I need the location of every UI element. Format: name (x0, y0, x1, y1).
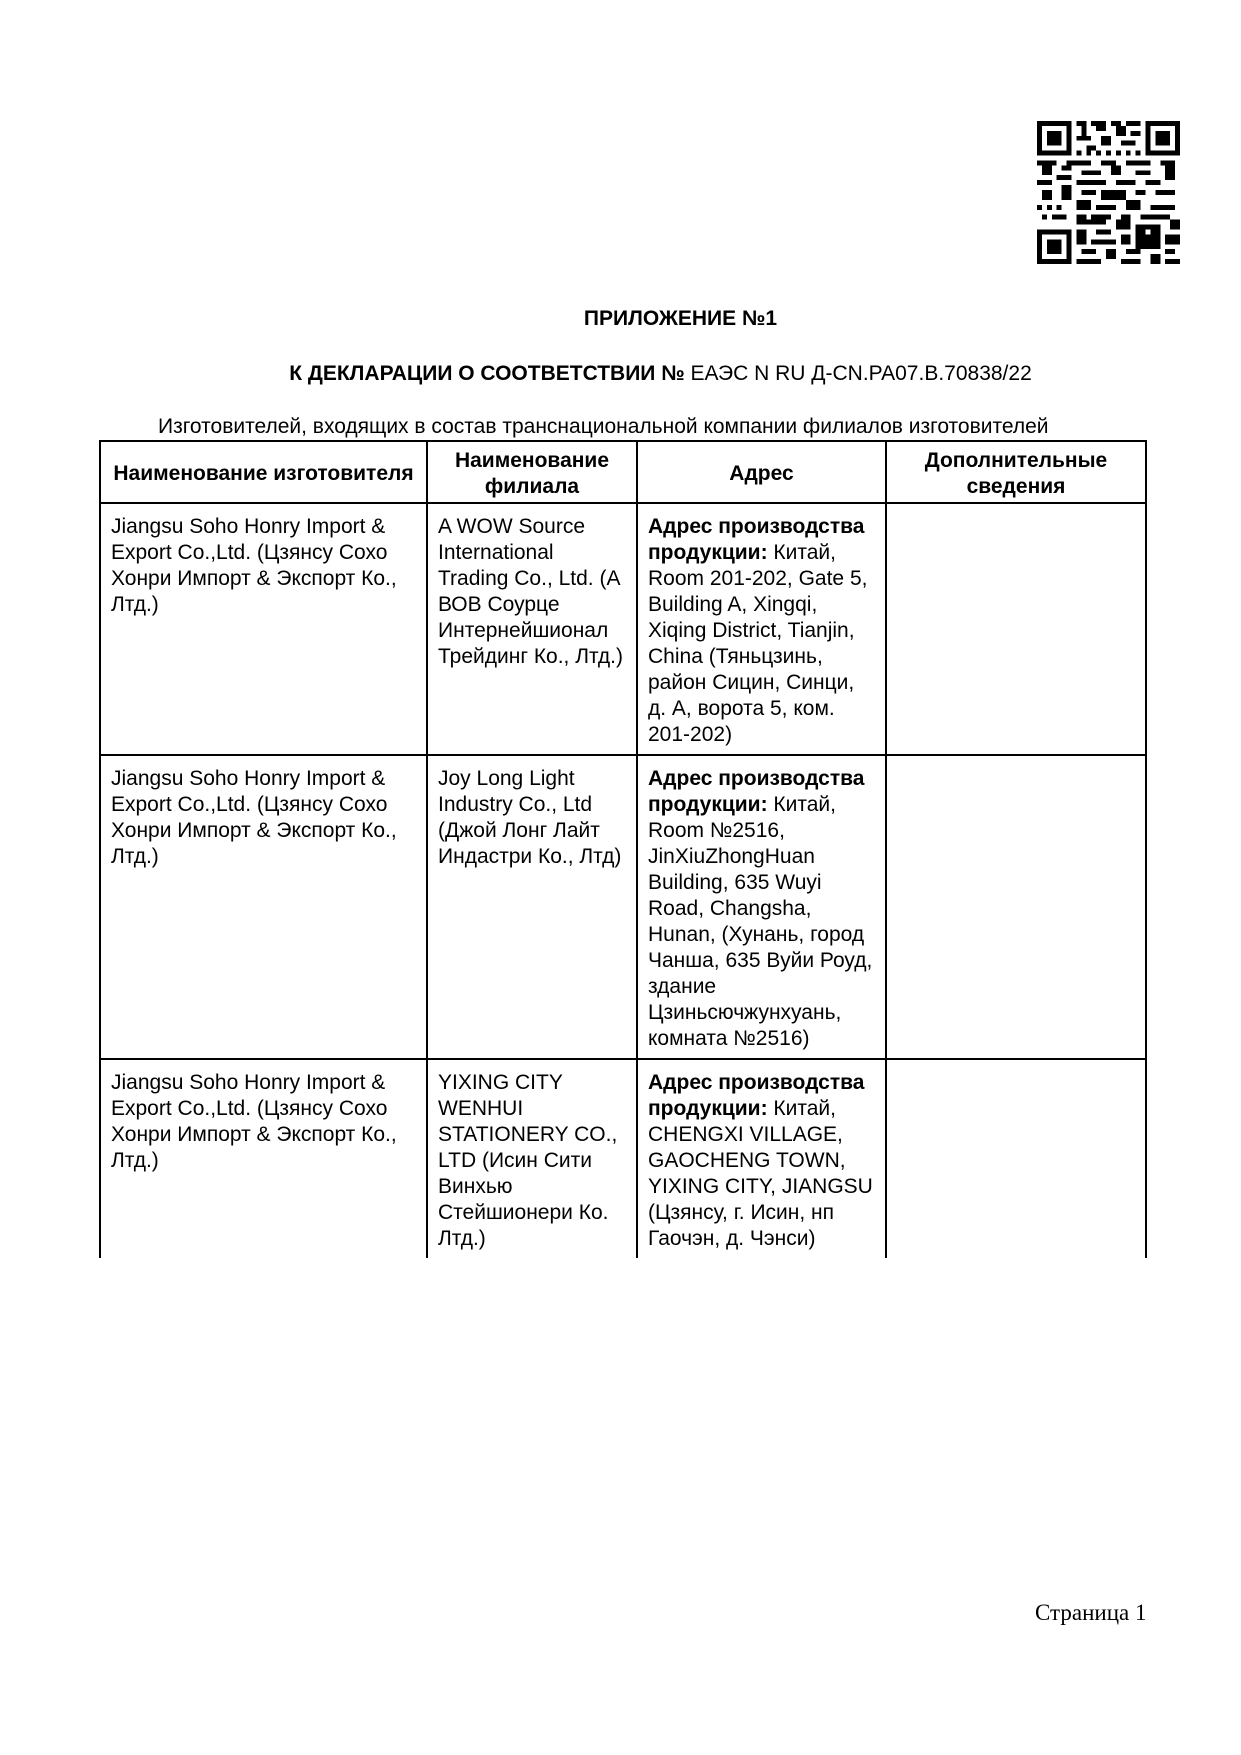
cell-manufacturer: Jiangsu Soho Honry Import & Export Co.,L… (100, 755, 427, 1059)
cell-address: Адрес производства продукции: Китай, CHE… (637, 1059, 886, 1258)
table-row: Jiangsu Soho Honry Import & Export Co.,L… (100, 755, 1146, 1059)
declaration-prefix: К ДЕКЛАРАЦИИ О СООТВЕТСТВИИ № (289, 362, 684, 385)
cell-address: Адрес производства продукции: Китай, Roo… (637, 755, 886, 1059)
page-number: Страница 1 (1035, 1600, 1146, 1626)
cell-manufacturer: Jiangsu Soho Honry Import & Export Co.,L… (100, 1059, 427, 1258)
declaration-number: ЕАЭС N RU Д-CN.PA07.B.70838/22 (690, 362, 1031, 385)
table-subtitle: Изготовителей, входящих в состав трансна… (158, 415, 1049, 439)
cell-manufacturer: Jiangsu Soho Honry Import & Export Co.,L… (100, 503, 427, 755)
header-branch: Наименование филиала (427, 441, 637, 503)
manufacturers-table: Наименование изготовителя Наименование ф… (99, 440, 1147, 1258)
qr-code-icon (1037, 121, 1180, 264)
cell-branch: Joy Long Light Industry Co., Ltd (Джой Л… (427, 755, 637, 1059)
appendix-title: ПРИЛОЖЕНИЕ №1 (60, 307, 1241, 331)
cell-additional (886, 755, 1146, 1059)
header-additional: Дополнительные сведения (886, 441, 1146, 503)
header-manufacturer: Наименование изготовителя (100, 441, 427, 503)
cell-branch: YIXING CITY WENHUI STATIONERY CO., LTD (… (427, 1059, 637, 1258)
address-value: Китай, Room №2516, JinXiuZhongHuan Build… (648, 793, 872, 1050)
table-header-row: Наименование изготовителя Наименование ф… (100, 441, 1146, 503)
table-row: Jiangsu Soho Honry Import & Export Co.,L… (100, 1059, 1146, 1258)
cell-additional (886, 1059, 1146, 1258)
address-value: Китай, Room 201-202, Gate 5, Building A,… (648, 541, 867, 746)
cell-additional (886, 503, 1146, 755)
cell-address: Адрес производства продукции: Китай, Roo… (637, 503, 886, 755)
table-row: Jiangsu Soho Honry Import & Export Co.,L… (100, 503, 1146, 755)
header-address: Адрес (637, 441, 886, 503)
declaration-heading: К ДЕКЛАРАЦИИ О СООТВЕТСТВИИ № ЕАЭС N RU … (40, 362, 1241, 386)
cell-branch: A WOW Source International Trading Co., … (427, 503, 637, 755)
